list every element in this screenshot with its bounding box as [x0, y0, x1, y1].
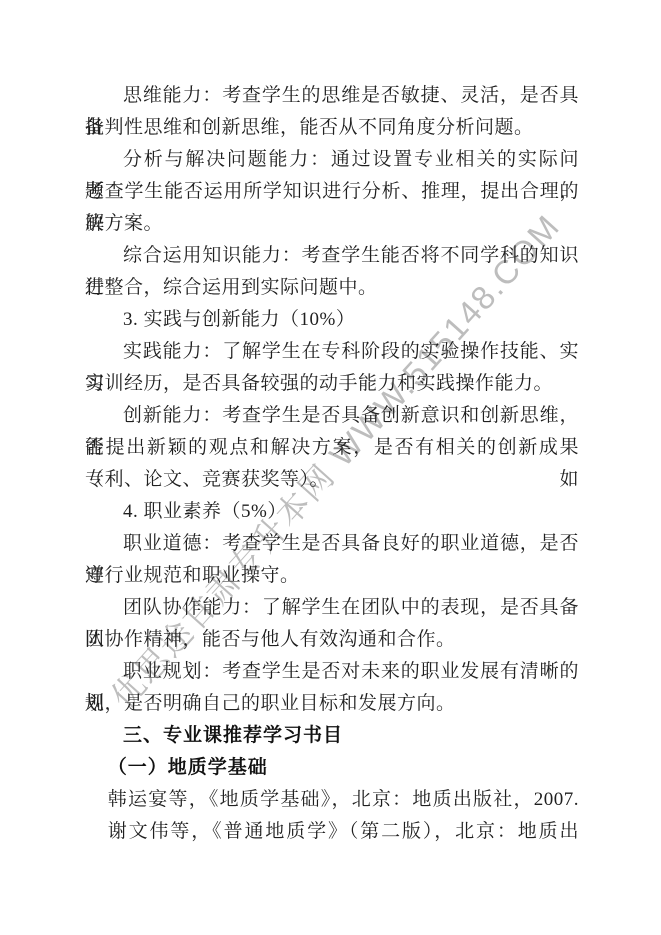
- text-line: 考查学生能否运用所学知识进行分析、推理，提出合理的解: [85, 176, 579, 208]
- text-line: 守行业规范和职业操守。: [85, 560, 579, 592]
- text-line: 划，是否明确自己的职业目标和发展方向。: [85, 688, 579, 720]
- text-line: 创新能力：考查学生是否具备创新意识和创新思维，能: [85, 400, 579, 432]
- text-line: 分析与解决问题能力：通过设置专业相关的实际问题，: [85, 144, 579, 176]
- text-line: 行整合，综合运用到实际问题中。: [85, 272, 579, 304]
- text-line: 批判性思维和创新思维，能否从不同角度分析问题。: [85, 112, 579, 144]
- text-line: 职业规划：考查学生是否对未来的职业发展有清晰的规: [85, 656, 579, 688]
- text-line: 队协作精神，能否与他人有效沟通和合作。: [85, 624, 579, 656]
- text-line: 谢文伟等，《普通地质学》（第二版），北京：地质出: [85, 816, 579, 848]
- document-text: 思维能力：考查学生的思维是否敏捷、灵活，是否具备批判性思维和创新思维，能否从不同…: [85, 80, 579, 848]
- text-line: 实训经历，是否具备较强的动手能力和实践操作能力。: [85, 368, 579, 400]
- text-line: 韩运宴等，《地质学基础》，北京：地质出版社，2007.: [85, 784, 579, 816]
- text-line: 实践能力：了解学生在专科阶段的实验操作技能、实习: [85, 336, 579, 368]
- text-line: 职业道德：考查学生是否具备良好的职业道德，是否遵: [85, 528, 579, 560]
- document-page: 优思途甘肃专升本网 WWW.515148.COM 思维能力：考查学生的思维是否敏…: [0, 0, 661, 935]
- text-line: 三、专业课推荐学习书目: [85, 720, 579, 752]
- text-line: 思维能力：考查学生的思维是否敏捷、灵活，是否具备: [85, 80, 579, 112]
- text-line: 4. 职业素养（5%）: [85, 496, 579, 528]
- text-line: 3. 实践与创新能力（10%）: [85, 304, 579, 336]
- text-line: 团队协作能力：了解学生在团队中的表现，是否具备团: [85, 592, 579, 624]
- text-line: 综合运用知识能力：考查学生能否将不同学科的知识进: [85, 240, 579, 272]
- text-line: 决方案。: [85, 208, 579, 240]
- text-line: （一）地质学基础: [85, 752, 579, 784]
- text-line: 否提出新颖的观点和解决方案，是否有相关的创新成果（如: [85, 432, 579, 464]
